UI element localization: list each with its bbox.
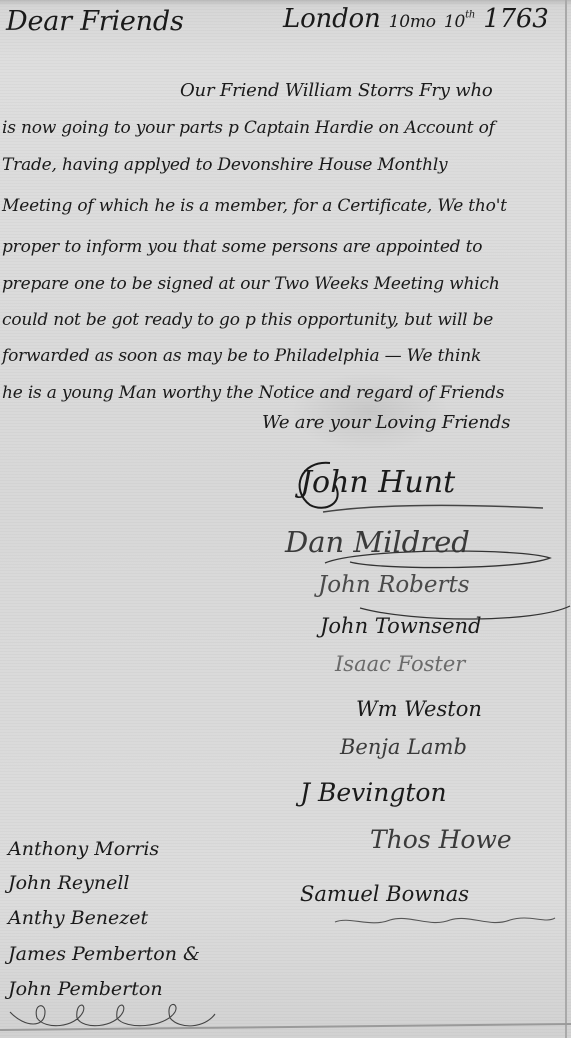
signature: John Reynell: [8, 872, 130, 894]
underline-flourish-icon: [320, 548, 560, 578]
closing: We are your Loving Friends: [262, 412, 510, 433]
body-line-3: Trade, having applyed to Devonshire Hous…: [2, 155, 447, 175]
signature: Samuel Bownas: [300, 882, 469, 906]
body-line-5: proper to inform you that some persons a…: [2, 237, 482, 257]
signature: Isaac Foster: [335, 652, 465, 676]
place: London: [283, 4, 381, 34]
signature: Anthony Morris: [8, 838, 159, 860]
underline-flourish-icon: [5, 1000, 225, 1030]
body-line-2: is now going to your parts p Captain Har…: [2, 118, 495, 138]
body-line-1: Our Friend William Storrs Fry who: [180, 80, 493, 101]
signature: J Bevington: [300, 778, 447, 807]
date-day-suffix: th: [465, 9, 475, 20]
date-month: 10mo: [389, 12, 436, 32]
signature: Anthy Benezet: [8, 907, 148, 929]
salutation: Dear Friends: [6, 6, 184, 37]
body-line-6: prepare one to be signed at our Two Week…: [2, 274, 500, 294]
date-day: 10: [444, 12, 465, 32]
date-year: 1763: [483, 4, 548, 34]
signature: Wm Weston: [356, 697, 482, 721]
signature: Thos Howe: [370, 825, 512, 854]
dateline: London 10mo 10th 1763: [283, 4, 549, 34]
signature: Benja Lamb: [340, 735, 467, 759]
underline-flourish-icon: [318, 500, 548, 520]
body-line-8: forwarded as soon as may be to Philadelp…: [2, 346, 481, 366]
body-line-9: he is a young Man worthy the Notice and …: [2, 383, 504, 403]
body-line-4: Meeting of which he is a member, for a C…: [2, 196, 507, 216]
signature: James Pemberton &: [8, 943, 200, 965]
signature: John Pemberton: [8, 978, 163, 1000]
page-edge: [565, 0, 567, 1038]
body-line-7: could not be got ready to go p this oppo…: [2, 310, 493, 330]
letter-page: Dear Friends London 10mo 10th 1763 Our F…: [0, 0, 571, 1038]
underline-flourish-icon: [330, 912, 560, 932]
underline-flourish-icon: [355, 598, 571, 628]
